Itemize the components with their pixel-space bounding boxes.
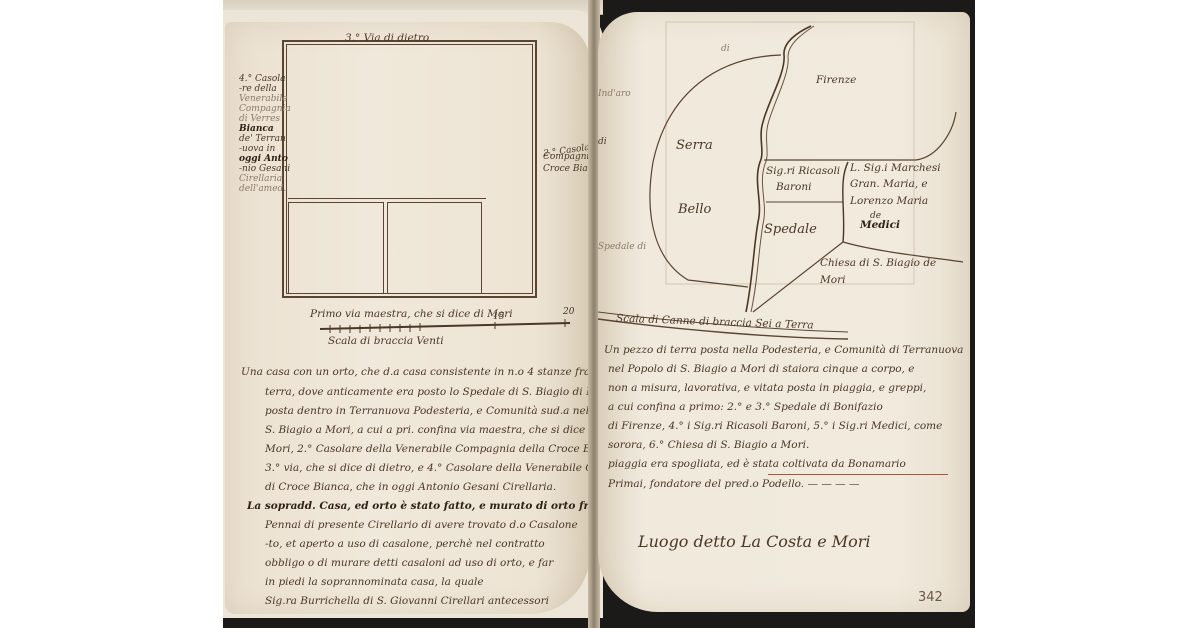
folio-number: 342	[918, 590, 943, 605]
map-owner-church: Chiesa di S. Biagio de	[820, 257, 936, 269]
plan-room-1	[288, 202, 384, 294]
plan-courtyard-line	[288, 198, 486, 199]
map-region-serra: Serra	[676, 138, 713, 153]
map-region-firenze: Firenze	[816, 74, 856, 86]
map-region-spedale: Spedale	[764, 222, 817, 237]
plan-room-2	[387, 202, 482, 294]
scale-tick-20: 20	[563, 307, 574, 317]
map-top-label: di	[721, 44, 730, 54]
red-underline	[768, 474, 948, 475]
map-owner-ricasoli: Sig.ri Ricasoli	[766, 165, 840, 177]
manuscript-scan: 3.° Via di dietro 4.° Casola -re della V…	[223, 0, 975, 628]
scale-bar-left	[320, 319, 580, 335]
scale-tick-15: 15	[493, 312, 504, 322]
map-region-bello: Bello	[678, 202, 711, 217]
map-margin-note-3: Spedale di	[598, 242, 646, 252]
scale-label-left: Scala di braccia Venti	[328, 335, 444, 347]
plan-top-label: 3.° Via di dietro	[345, 32, 429, 44]
right-page: di Firenze Serra Bello Spedale Sig.ri Ri…	[598, 12, 970, 612]
floor-plan	[282, 40, 537, 298]
map-margin-note-2: di	[598, 137, 607, 147]
closing-line: Luogo detto La Costa e Mori	[638, 532, 871, 551]
map-margin-note-1: Ind'aro	[598, 89, 631, 99]
left-page: 3.° Via di dietro 4.° Casola -re della V…	[225, 22, 590, 614]
